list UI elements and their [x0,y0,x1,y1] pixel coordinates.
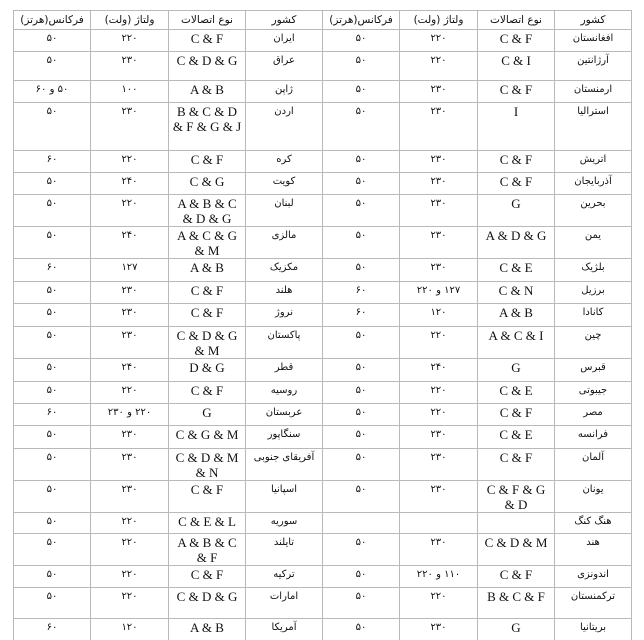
left-frequency-cell: ۵۰ [14,327,91,359]
table-row: چینA & C & I۲۲۰۵۰پاکستانC & D & G & M۲۳۰… [14,327,632,359]
right-voltage-cell [400,513,478,534]
left-voltage-cell: ۲۳۰ [91,52,169,81]
right-plug-type-cell [478,513,555,534]
left-voltage-cell: ۱۲۰ [91,619,169,640]
right-voltage-cell: ۲۳۰ [400,227,478,259]
header-voltage: ولتاژ (ولت) [400,11,478,30]
right-country-cell: ارمنستان [555,81,632,103]
right-country-cell: افغانستان [555,30,632,52]
left-plug-type-cell: A & B [169,619,246,640]
right-frequency-cell: ۵۰ [323,81,400,103]
right-country-cell: جیبوتی [555,382,632,404]
table-row: اندونزیC & F۱۱۰ و ۲۲۰۵۰ترکیهC & F۲۲۰۵۰ [14,566,632,588]
left-plug-type-cell: A & B & C & F [169,534,246,566]
right-country-cell: ترکمنستان [555,588,632,619]
right-country-cell: آذربایجان [555,173,632,195]
left-voltage-cell: ۲۳۰ [91,449,169,481]
left-country-cell: ایران [246,30,323,52]
table-row: کاناداA & B۱۲۰۶۰نروژC & F۲۳۰۵۰ [14,304,632,327]
right-plug-type-cell: C & F [478,449,555,481]
right-voltage-cell: ۲۳۰ [400,481,478,513]
right-plug-type-cell: C & D & M [478,534,555,566]
left-frequency-cell: ۶۰ [14,151,91,173]
left-voltage-cell: ۲۴۰ [91,173,169,195]
left-plug-type-cell: C & D & G [169,52,246,81]
right-voltage-cell: ۲۲۰ [400,327,478,359]
header-country: کشور [246,11,323,30]
header-frequency: فرکانس(هرتز) [323,11,400,30]
left-voltage-cell: ۲۲۰ [91,151,169,173]
header-plug-type: نوع اتصالات [169,11,246,30]
header-frequency: فرکانس(هرتز) [14,11,91,30]
left-frequency-cell: ۵۰ [14,566,91,588]
left-frequency-cell: ۶۰ [14,259,91,282]
left-frequency-cell: ۵۰ [14,588,91,619]
right-voltage-cell: ۲۳۰ [400,449,478,481]
table-row: بلژیکC & E۲۳۰۵۰مکزیکA & B۱۲۷۶۰ [14,259,632,282]
right-frequency-cell: ۵۰ [323,359,400,382]
table-row: فرانسهC & E۲۳۰۵۰سنگاپورC & G & M۲۳۰۵۰ [14,426,632,449]
right-voltage-cell: ۲۳۰ [400,103,478,151]
header-voltage: ولتاژ (ولت) [91,11,169,30]
left-country-cell: ژاپن [246,81,323,103]
header-country: کشور [555,11,632,30]
left-country-cell: مالزی [246,227,323,259]
table-body: افغانستانC & F۲۲۰۵۰ایرانC & F۲۲۰۵۰آرژانت… [14,30,632,640]
left-plug-type-cell: A & C & G & M [169,227,246,259]
left-frequency-cell: ۵۰ [14,103,91,151]
table-row: افغانستانC & F۲۲۰۵۰ایرانC & F۲۲۰۵۰ [14,30,632,52]
left-frequency-cell: ۵۰ [14,382,91,404]
left-voltage-cell: ۲۳۰ [91,304,169,327]
left-plug-type-cell: B & C & D & F & G & J [169,103,246,151]
table-row: آذربایجانC & F۲۳۰۵۰کویتC & G۲۴۰۵۰ [14,173,632,195]
right-country-cell: استرالیا [555,103,632,151]
left-plug-type-cell: C & F [169,566,246,588]
table-row: بریتانیاG۲۳۰۵۰آمریکاA & B۱۲۰۶۰ [14,619,632,640]
right-frequency-cell: ۵۰ [323,327,400,359]
left-plug-type-cell: C & F [169,382,246,404]
left-country-cell: آمریکا [246,619,323,640]
table-row: یمنA & D & G۲۳۰۵۰مالزیA & C & G & M۲۴۰۵۰ [14,227,632,259]
left-plug-type-cell: C & F [169,304,246,327]
left-frequency-cell: ۵۰ [14,195,91,227]
right-frequency-cell: ۵۰ [323,449,400,481]
table-row: آرژانتینC & I۲۲۰۵۰عراقC & D & G۲۳۰۵۰ [14,52,632,81]
right-frequency-cell: ۵۰ [323,151,400,173]
left-plug-type-cell: G [169,404,246,426]
left-frequency-cell: ۵۰ [14,481,91,513]
right-frequency-cell: ۵۰ [323,173,400,195]
left-voltage-cell: ۲۲۰ [91,588,169,619]
right-frequency-cell: ۵۰ [323,259,400,282]
left-voltage-cell: ۲۲۰ و ۲۳۰ [91,404,169,426]
right-country-cell: بحرین [555,195,632,227]
right-frequency-cell: ۵۰ [323,103,400,151]
left-plug-type-cell: C & F [169,481,246,513]
left-plug-type-cell: C & G & M [169,426,246,449]
table-row: آلمانC & F۲۳۰۵۰آفریقای جنوبیC & D & M & … [14,449,632,481]
right-voltage-cell: ۲۳۰ [400,151,478,173]
left-voltage-cell: ۱۲۷ [91,259,169,282]
right-voltage-cell: ۲۲۰ [400,382,478,404]
right-plug-type-cell: C & E [478,259,555,282]
left-country-cell: اسپانیا [246,481,323,513]
left-voltage-cell: ۲۲۰ [91,382,169,404]
left-country-cell: اردن [246,103,323,151]
right-voltage-cell: ۱۲۷ و ۲۲۰ [400,282,478,304]
left-frequency-cell: ۵۰ [14,304,91,327]
left-plug-type-cell: C & F [169,151,246,173]
left-voltage-cell: ۲۳۰ [91,481,169,513]
left-frequency-cell: ۵۰ [14,534,91,566]
table-row: برزیلC & N۱۲۷ و ۲۲۰۶۰هلندC & F۲۳۰۵۰ [14,282,632,304]
table-row: هنگ کنگسوریهC & E & L۲۲۰۵۰ [14,513,632,534]
right-country-cell: برزیل [555,282,632,304]
right-plug-type-cell: B & C & F [478,588,555,619]
right-country-cell: مصر [555,404,632,426]
right-plug-type-cell: G [478,619,555,640]
right-plug-type-cell: G [478,359,555,382]
right-country-cell: اتریش [555,151,632,173]
table-row: جیبوتیC & E۲۲۰۵۰روسیهC & F۲۲۰۵۰ [14,382,632,404]
left-country-cell: عربستان [246,404,323,426]
table-row: یونانC & F & G & D۲۳۰۵۰اسپانیاC & F۲۳۰۵۰ [14,481,632,513]
left-frequency-cell: ۵۰ [14,426,91,449]
right-frequency-cell: ۵۰ [323,534,400,566]
right-frequency-cell: ۵۰ [323,30,400,52]
left-country-cell: پاکستان [246,327,323,359]
left-country-cell: امارات [246,588,323,619]
left-country-cell: سنگاپور [246,426,323,449]
right-plug-type-cell: C & N [478,282,555,304]
table-row: اتریشC & F۲۳۰۵۰کرهC & F۲۲۰۶۰ [14,151,632,173]
right-voltage-cell: ۲۳۰ [400,426,478,449]
right-plug-type-cell: C & F [478,173,555,195]
left-country-cell: نروژ [246,304,323,327]
right-voltage-cell: ۲۳۰ [400,619,478,640]
table-row: استرالیاI۲۳۰۵۰اردنB & C & D & F & G & J۲… [14,103,632,151]
right-voltage-cell: ۲۳۰ [400,534,478,566]
left-plug-type-cell: D & G [169,359,246,382]
left-country-cell: تایلند [246,534,323,566]
right-frequency-cell: ۶۰ [323,282,400,304]
left-voltage-cell: ۲۳۰ [91,103,169,151]
right-plug-type-cell: C & F [478,30,555,52]
right-country-cell: اندونزی [555,566,632,588]
right-country-cell: بریتانیا [555,619,632,640]
right-country-cell: یمن [555,227,632,259]
right-country-cell: آرژانتین [555,52,632,81]
left-plug-type-cell: C & D & G & M [169,327,246,359]
table-row: مصرC & F۲۲۰۵۰عربستانG۲۲۰ و ۲۳۰۶۰ [14,404,632,426]
right-plug-type-cell: C & F & G & D [478,481,555,513]
left-country-cell: سوریه [246,513,323,534]
right-voltage-cell: ۱۱۰ و ۲۲۰ [400,566,478,588]
left-voltage-cell: ۲۳۰ [91,327,169,359]
left-frequency-cell: ۵۰ [14,173,91,195]
left-country-cell: ترکیه [246,566,323,588]
right-plug-type-cell: C & F [478,81,555,103]
right-voltage-cell: ۱۲۰ [400,304,478,327]
right-plug-type-cell: A & B [478,304,555,327]
table-row: بحرینG۲۳۰۵۰لبنانA & B & C & D & G۲۲۰۵۰ [14,195,632,227]
left-plug-type-cell: C & F [169,282,246,304]
right-country-cell: هند [555,534,632,566]
left-frequency-cell: ۵۰ [14,227,91,259]
left-voltage-cell: ۲۴۰ [91,359,169,382]
left-plug-type-cell: C & G [169,173,246,195]
right-frequency-cell: ۶۰ [323,304,400,327]
right-country-cell: آلمان [555,449,632,481]
left-voltage-cell: ۱۰۰ [91,81,169,103]
right-country-cell: بلژیک [555,259,632,282]
left-country-cell: کره [246,151,323,173]
right-plug-type-cell: C & F [478,566,555,588]
left-plug-type-cell: A & B [169,81,246,103]
table-row: هندC & D & M۲۳۰۵۰تایلندA & B & C & F۲۲۰۵… [14,534,632,566]
right-voltage-cell: ۲۳۰ [400,173,478,195]
left-voltage-cell: ۲۲۰ [91,195,169,227]
right-country-cell: فرانسه [555,426,632,449]
left-voltage-cell: ۲۳۰ [91,426,169,449]
right-country-cell: کانادا [555,304,632,327]
left-country-cell: مکزیک [246,259,323,282]
right-voltage-cell: ۲۳۰ [400,259,478,282]
right-frequency-cell: ۵۰ [323,195,400,227]
left-voltage-cell: ۲۲۰ [91,566,169,588]
left-frequency-cell: ۵۰ [14,359,91,382]
left-frequency-cell: ۵۰ و ۶۰ [14,81,91,103]
right-country-cell: قبرس [555,359,632,382]
right-frequency-cell: ۵۰ [323,588,400,619]
left-voltage-cell: ۲۲۰ [91,513,169,534]
right-plug-type-cell: C & F [478,404,555,426]
right-frequency-cell [323,513,400,534]
left-voltage-cell: ۲۲۰ [91,30,169,52]
right-frequency-cell: ۵۰ [323,52,400,81]
table-row: ارمنستانC & F۲۳۰۵۰ژاپنA & B۱۰۰۵۰ و ۶۰ [14,81,632,103]
right-plug-type-cell: C & E [478,426,555,449]
right-plug-type-cell: C & E [478,382,555,404]
right-voltage-cell: ۲۳۰ [400,195,478,227]
left-frequency-cell: ۵۰ [14,282,91,304]
left-voltage-cell: ۲۴۰ [91,227,169,259]
left-plug-type-cell: C & D & M & N [169,449,246,481]
right-plug-type-cell: I [478,103,555,151]
table-row: ترکمنستانB & C & F۲۲۰۵۰اماراتC & D & G۲۲… [14,588,632,619]
country-electrical-standards-table: کشور نوع اتصالات ولتاژ (ولت) فرکانس(هرتز… [13,10,632,640]
right-country-cell: یونان [555,481,632,513]
right-frequency-cell: ۵۰ [323,619,400,640]
left-frequency-cell: ۵۰ [14,30,91,52]
left-plug-type-cell: C & E & L [169,513,246,534]
left-plug-type-cell: A & B [169,259,246,282]
left-plug-type-cell: C & D & G [169,588,246,619]
right-frequency-cell: ۵۰ [323,426,400,449]
right-voltage-cell: ۲۴۰ [400,359,478,382]
right-voltage-cell: ۲۲۰ [400,30,478,52]
left-plug-type-cell: C & F [169,30,246,52]
left-frequency-cell: ۶۰ [14,619,91,640]
left-frequency-cell: ۶۰ [14,404,91,426]
left-plug-type-cell: A & B & C & D & G [169,195,246,227]
left-country-cell: هلند [246,282,323,304]
right-voltage-cell: ۲۳۰ [400,81,478,103]
left-country-cell: کویت [246,173,323,195]
right-frequency-cell: ۵۰ [323,404,400,426]
right-plug-type-cell: C & F [478,151,555,173]
right-frequency-cell: ۵۰ [323,382,400,404]
right-voltage-cell: ۲۲۰ [400,52,478,81]
right-frequency-cell: ۵۰ [323,227,400,259]
left-country-cell: روسیه [246,382,323,404]
right-voltage-cell: ۲۲۰ [400,588,478,619]
right-voltage-cell: ۲۲۰ [400,404,478,426]
left-frequency-cell: ۵۰ [14,513,91,534]
right-country-cell: هنگ کنگ [555,513,632,534]
right-plug-type-cell: A & C & I [478,327,555,359]
right-frequency-cell: ۵۰ [323,481,400,513]
left-frequency-cell: ۵۰ [14,52,91,81]
left-country-cell: قطر [246,359,323,382]
right-country-cell: چین [555,327,632,359]
header-plug-type: نوع اتصالات [478,11,555,30]
right-frequency-cell: ۵۰ [323,566,400,588]
right-plug-type-cell: A & D & G [478,227,555,259]
left-frequency-cell: ۵۰ [14,449,91,481]
header-row: کشور نوع اتصالات ولتاژ (ولت) فرکانس(هرتز… [14,11,632,30]
left-country-cell: لبنان [246,195,323,227]
right-plug-type-cell: G [478,195,555,227]
left-voltage-cell: ۲۳۰ [91,282,169,304]
left-country-cell: عراق [246,52,323,81]
right-plug-type-cell: C & I [478,52,555,81]
left-country-cell: آفریقای جنوبی [246,449,323,481]
plug-voltage-table-container: کشور نوع اتصالات ولتاژ (ولت) فرکانس(هرتز… [13,10,630,640]
table-row: قبرسG۲۴۰۵۰قطرD & G۲۴۰۵۰ [14,359,632,382]
left-voltage-cell: ۲۲۰ [91,534,169,566]
